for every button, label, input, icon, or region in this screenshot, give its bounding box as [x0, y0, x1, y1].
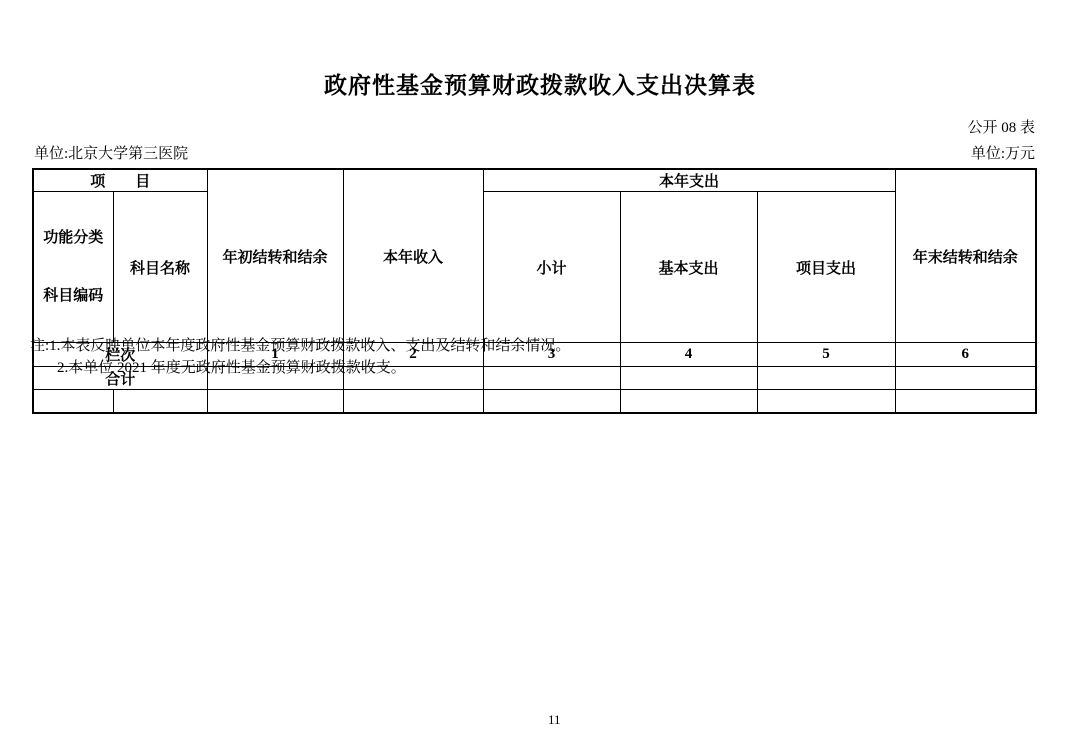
header-closing-balance: 年末结转和结余 — [895, 169, 1036, 343]
total-value-6 — [895, 367, 1036, 390]
header-item-group: 项 目 — [33, 169, 207, 192]
empty-name-cell — [113, 390, 207, 413]
empty-value-6 — [895, 390, 1036, 413]
total-value-4 — [620, 367, 757, 390]
empty-value-1 — [207, 390, 343, 413]
header-current-expenditure: 本年支出 — [483, 169, 895, 192]
document-page: 政府性基金预算财政拨款收入支出决算表 公开 08 表 单位:北京大学第三医院 单… — [0, 0, 1080, 755]
unit-name-label: 单位:北京大学第三医院 — [34, 145, 188, 163]
table-header-row-1: 项 目 年初结转和结余 本年收入 本年支出 年末结转和结余 — [33, 169, 1036, 192]
header-subtotal: 小计 — [483, 192, 620, 343]
column-index-5: 5 — [757, 343, 895, 367]
footnotes: 注:1.本表反映单位本年度政府性基金预算财政拨款收入、支出及结转和结余情况。 2… — [30, 335, 570, 379]
header-project-expenditure: 项目支出 — [757, 192, 895, 343]
column-index-6: 6 — [895, 343, 1036, 367]
empty-value-4 — [620, 390, 757, 413]
unit-measure-label: 单位:万元 — [971, 145, 1035, 163]
column-index-4: 4 — [620, 343, 757, 367]
header-current-income: 本年收入 — [343, 169, 483, 343]
note-line-1: 注:1.本表反映单位本年度政府性基金预算财政拨款收入、支出及结转和结余情况。 — [30, 335, 570, 357]
page-number: 11 — [548, 712, 561, 728]
header-functional-code: 功能分类 科目编码 — [33, 192, 113, 343]
table-code-label: 公开 08 表 — [967, 119, 1035, 137]
header-functional-code-line-2: 科目编码 — [34, 284, 113, 308]
note-line-2: 2.本单位 2021 年度无政府性基金预算财政拨款收支。 — [30, 357, 570, 379]
empty-value-2 — [343, 390, 483, 413]
page-title: 政府性基金预算财政拨款收入支出决算表 — [0, 72, 1080, 100]
table-header-row-2: 功能分类 科目编码 科目名称 小计 基本支出 项目支出 — [33, 192, 1036, 343]
total-value-5 — [757, 367, 895, 390]
empty-value-5 — [757, 390, 895, 413]
header-opening-balance: 年初结转和结余 — [207, 169, 343, 343]
empty-data-row — [33, 390, 1036, 413]
header-basic-expenditure: 基本支出 — [620, 192, 757, 343]
empty-code-cell — [33, 390, 113, 413]
header-functional-code-line-1: 功能分类 — [34, 226, 113, 250]
empty-value-3 — [483, 390, 620, 413]
header-subject-name: 科目名称 — [113, 192, 207, 343]
